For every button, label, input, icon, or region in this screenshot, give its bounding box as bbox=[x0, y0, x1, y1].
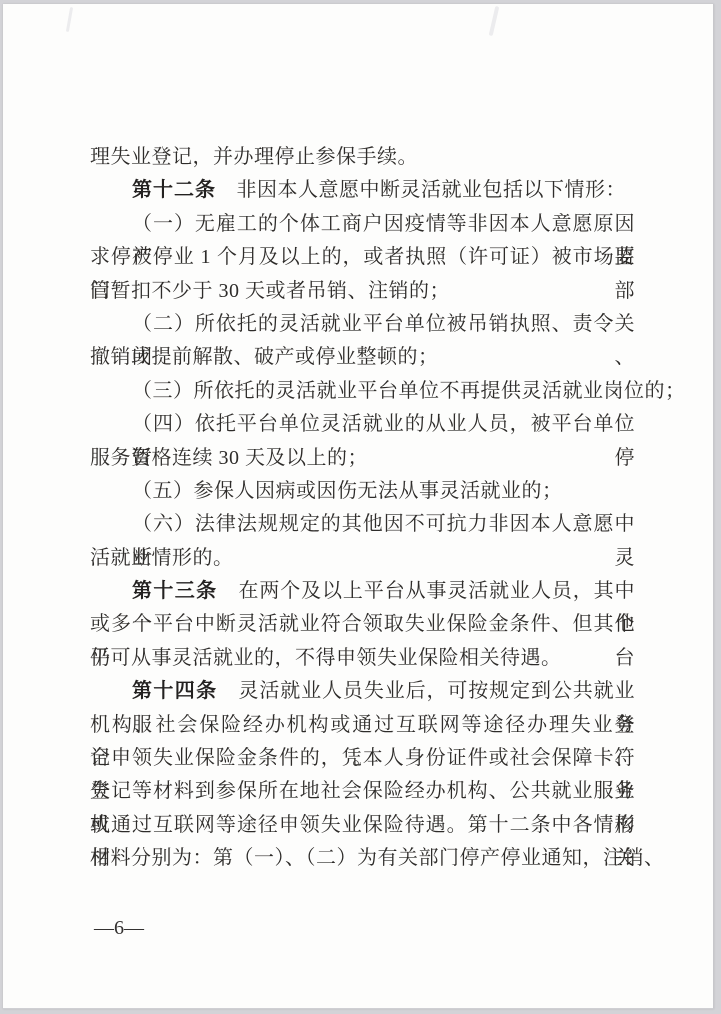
text-line: 登记等材料到参保所在地社会保险经办机构、公共就业服务机构 bbox=[90, 775, 635, 808]
document-page: 理失业登记，并办理停止参保手续。第十二条 非因本人意愿中断灵活就业包括以下情形：… bbox=[3, 4, 714, 1009]
text-line: （二）所依托的灵活就业平台单位被吊销执照、责令关闭、 bbox=[90, 308, 635, 341]
article-number: 第十四条 bbox=[132, 680, 218, 702]
text-line: （一）无雇工的个体工商户因疫情等非因本人意愿原因被要 bbox=[90, 208, 635, 241]
text-line: （四）依托平台单位灵活就业的从业人员，被平台单位暂停 bbox=[90, 408, 635, 441]
scan-artifact bbox=[489, 6, 500, 36]
scan-artifact bbox=[66, 7, 73, 32]
document-body: 理失业登记，并办理停止参保手续。第十二条 非因本人意愿中断灵活就业包括以下情形：… bbox=[90, 141, 635, 876]
text-line: （六）法律法规规定的其他因不可抗力非因本人意愿中断灵 bbox=[90, 508, 635, 541]
text-line: 或通过互联网等途径申领失业保险待遇。第十二条中各情形相关 bbox=[90, 809, 635, 842]
text-line: （五）参保人因病或因伤无法从事灵活就业的； bbox=[90, 475, 635, 508]
text-line: 理失业登记，并办理停止参保手续。 bbox=[90, 141, 635, 174]
text-line: 机构、社会保险经办机构或通过互联网等途径办理失业登记。符 bbox=[90, 709, 635, 742]
scanned-document: 理失业登记，并办理停止参保手续。第十二条 非因本人意愿中断灵活就业包括以下情形：… bbox=[0, 0, 721, 1014]
text-line: 材料分别为：第（一）、（二）为有关部门停产停业通知，注销、 bbox=[90, 842, 635, 875]
text-line: 求停产停业 1 个月及以上的，或者执照（许可证）被市场监管部 bbox=[90, 241, 635, 274]
text-line: 合申领失业保险金条件的，凭本人身份证件或社会保障卡、失业 bbox=[90, 742, 635, 775]
text-line: 第十三条 在两个及以上平台从事灵活就业人员，其中一个 bbox=[90, 575, 635, 608]
text-line: 第十二条 非因本人意愿中断灵活就业包括以下情形： bbox=[90, 174, 635, 207]
article-number: 第十二条 bbox=[132, 179, 216, 201]
page-number: —6— bbox=[94, 917, 144, 940]
text-line: 第十四条 灵活就业人员失业后，可按规定到公共就业服务 bbox=[90, 675, 635, 708]
text-line: 或多个平台中断灵活就业符合领取失业保险金条件、但其他平台 bbox=[90, 608, 635, 641]
article-number: 第十三条 bbox=[132, 580, 218, 602]
text-line: （三）所依托的灵活就业平台单位不再提供灵活就业岗位的； bbox=[90, 375, 635, 408]
text-line: 仍可从事灵活就业的，不得申领失业保险相关待遇。 bbox=[90, 642, 635, 675]
